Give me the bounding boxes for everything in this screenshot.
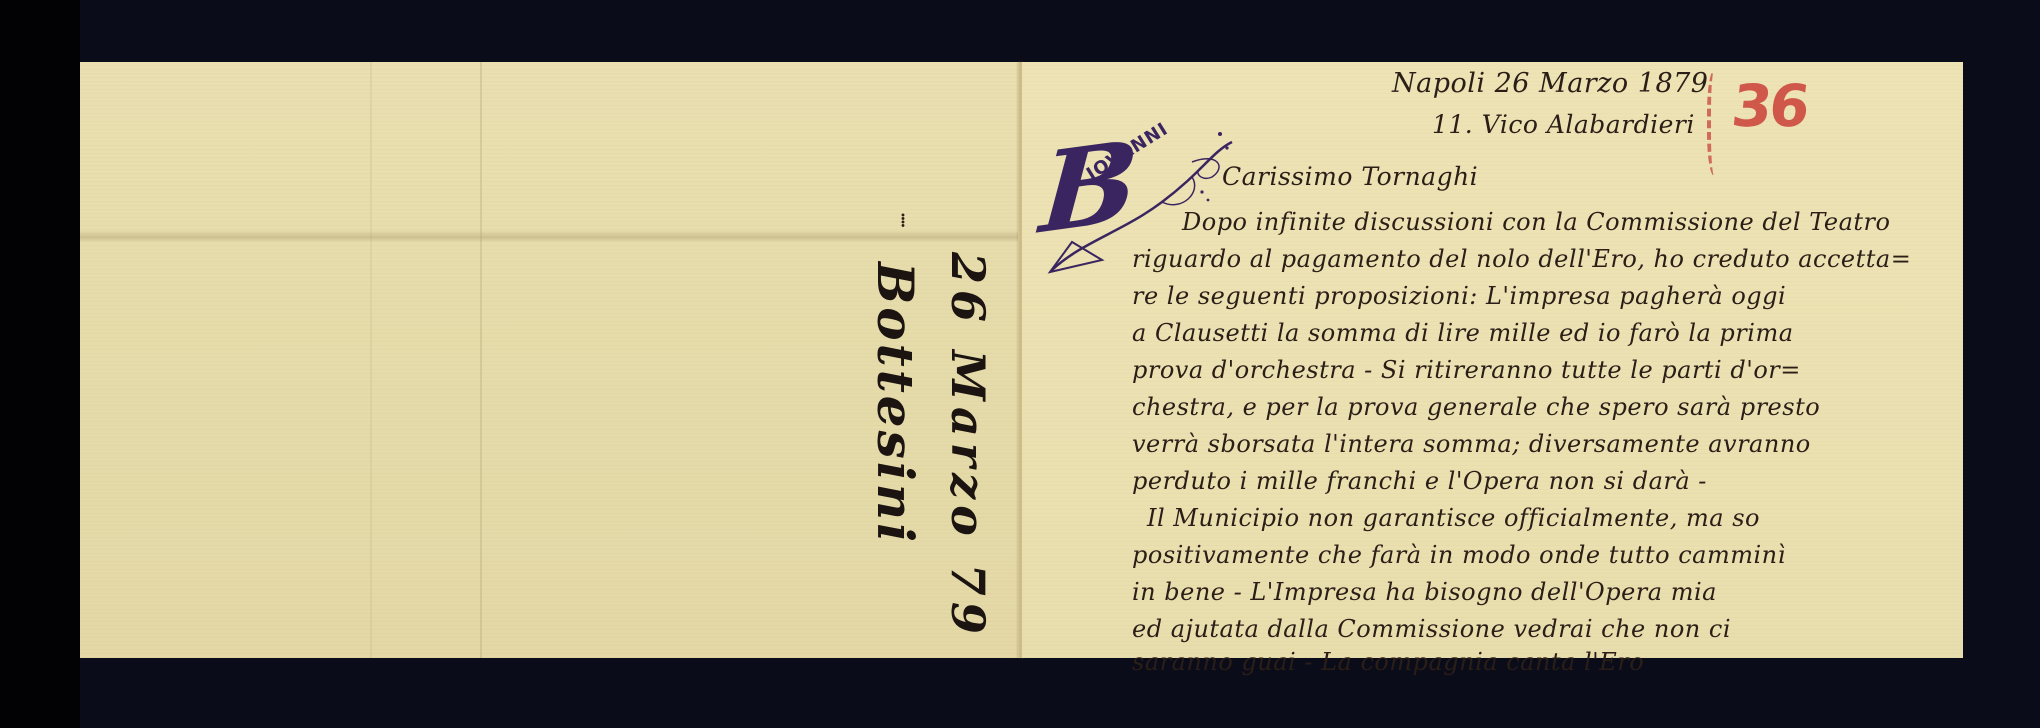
body-line: perduto i mille franchi e l'Opera non si…	[1132, 467, 1707, 495]
body-line: chestra, e per la prova generale che spe…	[1132, 393, 1820, 421]
body-line: saranno guai - La compagnia canta l'Ero	[1132, 648, 1644, 676]
salutation: Carissimo Tornaghi	[1222, 162, 1478, 191]
body-line: prova d'orchestra - Si ritireranno tutte…	[1132, 356, 1801, 384]
body-line: ed ajutata dalla Commissione vedrai che …	[1132, 615, 1731, 643]
body-line: Dopo infinite discussioni con la Commiss…	[1182, 208, 1890, 236]
vertical-fold	[480, 62, 482, 658]
body-line: in bene - L'Impresa ha bisogno dell'Oper…	[1132, 578, 1717, 606]
letter-date: Napoli 26 Marzo 1879	[1392, 68, 1708, 99]
body-line: a Clausetti la somma di lire mille ed io…	[1132, 319, 1794, 347]
body-line: re le seguenti proposizioni: L'impresa p…	[1132, 282, 1786, 310]
archive-number: 36	[1728, 72, 1810, 140]
archive-bracket-mark	[1707, 70, 1725, 176]
left-page: ⁞ 26 Marzo 79 Bottesini	[80, 62, 1020, 658]
right-page: B IOVANNI Napoli 26 Marzo 1879 11. Vico …	[1022, 62, 1963, 658]
docket-date: 26 Marzo 79	[941, 252, 995, 640]
body-line: Il Municipio non garantisce officialment…	[1147, 504, 1760, 532]
scanner-bed-left-strip	[0, 0, 80, 728]
docket-name: Bottesini	[866, 262, 925, 545]
docket-annotation: 26 Marzo 79 Bottesini	[815, 252, 1015, 622]
letter-address: 11. Vico Alabardieri	[1432, 110, 1695, 139]
body-line: riguardo al pagamento del nolo dell'Ero,…	[1132, 245, 1911, 273]
horizontal-fold	[80, 230, 1020, 242]
body-line: positivamente che farà in modo onde tutt…	[1132, 541, 1786, 569]
vertical-fold-faint	[370, 62, 372, 658]
ink-mark: ⁞	[900, 210, 906, 231]
body-line: verrà sborsata l'intera somma; diversame…	[1132, 430, 1811, 458]
letter-spread: ⁞ 26 Marzo 79 Bottesini B IOVANNI Napoli…	[80, 62, 1963, 658]
